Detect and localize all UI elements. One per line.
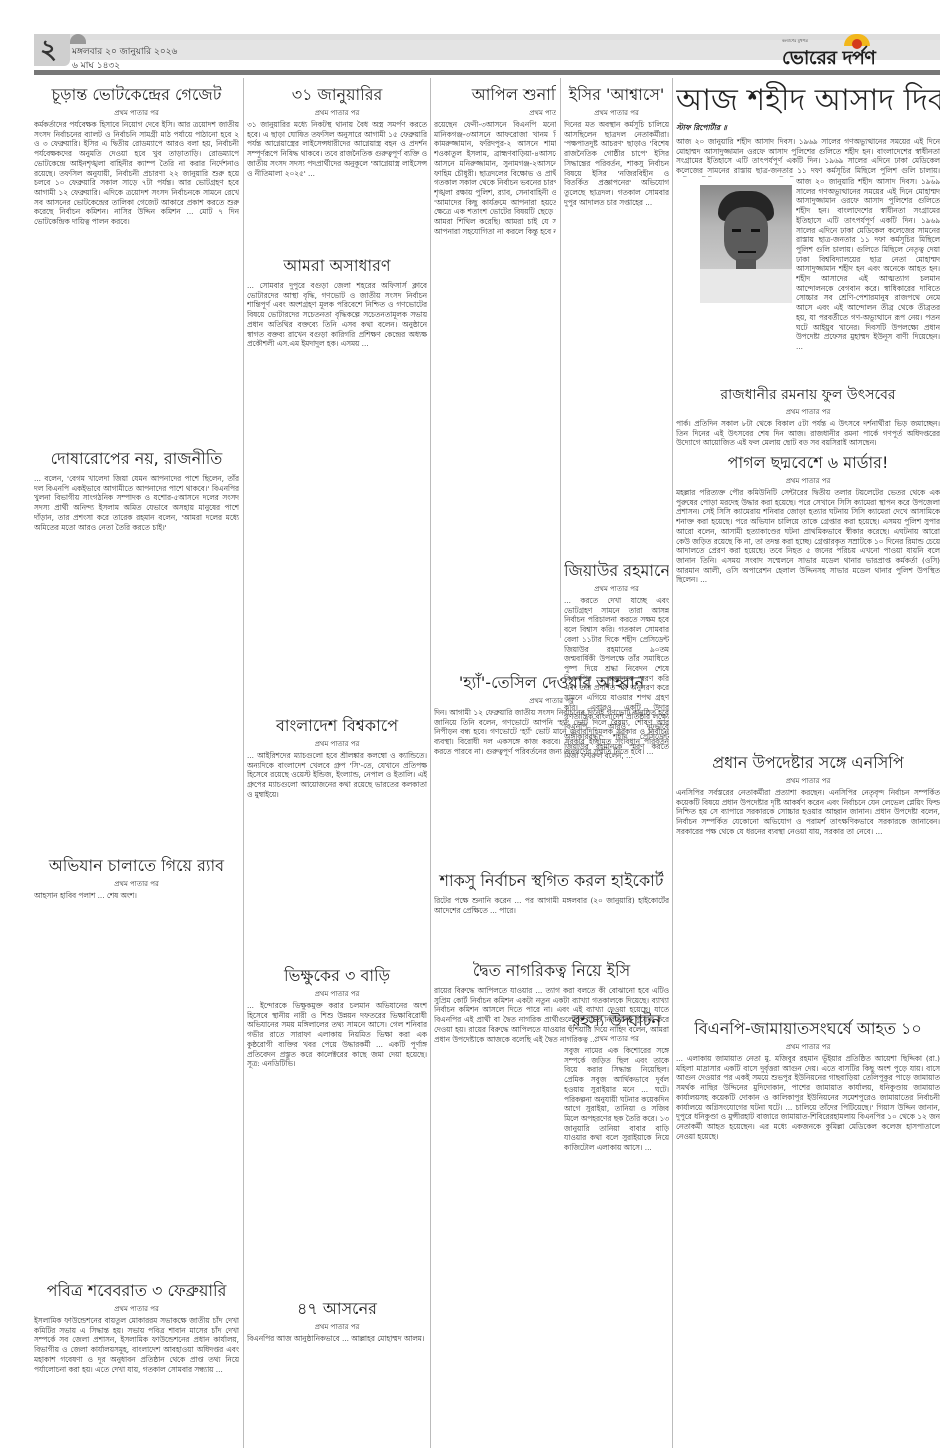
page-number: ২: [40, 34, 57, 66]
photo-eye: [732, 229, 741, 232]
continued-label: প্রথম পাতার পর: [434, 107, 556, 119]
continued-label: প্রথম পাতার পর: [247, 1321, 427, 1333]
portrait-photo: [700, 185, 792, 303]
headline[interactable]: প্রধান উপদেষ্টার সঙ্গে এনসিপি: [676, 752, 940, 774]
article-murder[interactable]: পাগল ছদ্মবেশে ৬ মার্ডার! প্রথম পাতার পর …: [676, 452, 940, 750]
continued-label: প্রথম পাতার পর: [564, 583, 669, 595]
headline[interactable]: চূড়ান্ত ভোটকেন্দ্রের গেজেট: [34, 84, 239, 106]
newspaper-logo: কল্যাণের মুখপত্র ভোরের দর্পণ: [760, 34, 940, 60]
article-body: দিনের মত অবস্থান কর্মসূচি চালিয়ে আসছিলে…: [564, 120, 669, 207]
article-flower-fest[interactable]: রাজধানীর রমনায় ফুল উৎসবের প্রথম পাতার প…: [676, 385, 940, 445]
continued-label: প্রথম পাতার পর: [676, 406, 940, 418]
article-body: এনসিপির সর্বস্তরের নেতাকর্মীরা প্রত্যাশা…: [676, 788, 940, 837]
article-worldcup[interactable]: বাংলাদেশ বিশ্বকাপে প্রথম পাতার পর ... আই…: [247, 715, 427, 955]
article-blame[interactable]: দোষারোপের নয়, রাজনীতি ... বলেন, 'বেগম খ…: [34, 448, 239, 848]
article-body: সবুজ নামের এক কিশোরের সঙ্গে সম্পর্কে জড়…: [564, 1046, 669, 1153]
continued-label: প্রথম পাতার পর: [34, 1303, 239, 1315]
headline[interactable]: পবিত্র শবেবরাত ৩ ফেব্রুয়ারি: [34, 1280, 239, 1302]
byline: স্টাফ রিপোর্টার ॥: [676, 123, 940, 135]
article-appeal[interactable]: আপিল শুনানি শেষ হলো প্রথম পাতার পর রয়েছ…: [434, 84, 556, 669]
article-body: ... ইন্দোরকে ভিক্ষুকমুক্ত করার চলমান অভি…: [247, 1001, 427, 1069]
article-body: পার্ক। প্রতিদিন সকাল ৮টা থেকে বিকাল ৫টা …: [676, 419, 940, 445]
column-divider: [672, 78, 673, 1448]
article-ncp[interactable]: প্রধান উপদেষ্টার সঙ্গে এনসিপি প্রথম পাতা…: [676, 752, 940, 992]
article-body: ... করতে দেখা যাচ্ছে এবং ভোটগ্রহণ সামনে …: [564, 596, 669, 761]
continued-label: প্রথম পাতার পর: [247, 107, 427, 119]
headline[interactable]: ৩১ জানুয়ারির: [247, 84, 427, 106]
article-47-seats[interactable]: ৪৭ আসনের প্রথম পাতার পর বিএনপির আজ আনুষ্…: [247, 1298, 427, 1448]
headline[interactable]: আজ শহীদ আসাদ দিবস: [676, 80, 940, 122]
article-shabebarat[interactable]: পবিত্র শবেবরাত ৩ ফেব্রুয়ারি প্রথম পাতার…: [34, 1280, 239, 1450]
column-divider: [243, 78, 244, 1448]
article-secret[interactable]: রহস্য উদ্ঘাটন প্রথম পাতার পর সবুজ নামের …: [564, 1010, 669, 1448]
article-gazette[interactable]: চূড়ান্ত ভোটকেন্দ্রের গেজেট প্রথম পাতার …: [34, 84, 239, 414]
masthead-notch: [70, 34, 86, 44]
article-zia[interactable]: জিয়াউর রহমানের প্রথম পাতার পর ... করতে …: [564, 560, 669, 1000]
continued-label: প্রথম পাতার পর: [247, 738, 427, 750]
continued-label: প্রথম পাতার পর: [247, 988, 427, 1000]
headline[interactable]: দোষারোপের নয়, রাজনীতি: [34, 448, 239, 470]
article-body: মহল্লার পরিত্যক্ত পৌর কমিউনিটি সেন্টারের…: [676, 488, 940, 585]
headline[interactable]: জিয়াউর রহমানের: [564, 560, 669, 582]
continued-label: প্রথম পাতার পর: [676, 475, 940, 487]
article-body: আজ ২০ জানুয়ারি শহীদ আসাদ দিবস। ১৯৬৯ সাল…: [676, 137, 940, 177]
article-body: কর্মকর্তাদের পর্যবেক্ষক হিসাবে নিয়োগ দে…: [34, 120, 239, 227]
article-body: ... বলেন, 'বেগম খালেদা জিয়া যেমন আপনাদে…: [34, 474, 239, 532]
continued-label: প্রথম পাতার পর: [676, 1041, 940, 1053]
continued-label: প্রথম পাতার পর: [564, 1033, 669, 1045]
article-rab[interactable]: অভিযান চালাতে গিয়ে র‍্যাব প্রথম পাতার প…: [34, 855, 239, 1275]
article-body: বিএনপির আজ আনুষ্ঠানিকভাবে ... আল্লাহর মো…: [247, 1334, 427, 1344]
article-body: ... সোমবার দুপুরে বগুড়া জেলা শহরের অফিস…: [247, 281, 427, 349]
date-gregorian: মঙ্গলবার ২০ জানুয়ারি ২০২৬: [72, 44, 177, 59]
photo-eye: [751, 229, 760, 232]
headline[interactable]: ৪৭ আসনের: [247, 1298, 427, 1320]
column-divider: [560, 78, 561, 638]
article-ec-assurance[interactable]: ইসির 'আশ্বাসে' প্রথম পাতার পর দিনের মত অ…: [564, 84, 669, 564]
article-extraordinary[interactable]: আমরা অসাধারণ ... সোমবার দুপুরে বগুড়া জে…: [247, 255, 427, 675]
continued-label: প্রথম পাতার পর: [676, 775, 940, 787]
article-body: ৩১ জানুয়ারির মধ্যে নিকটস্থ থানায় বৈধ অ…: [247, 120, 427, 178]
headline[interactable]: আপিল শুনানি শেষ হলো: [434, 84, 556, 106]
headline[interactable]: বিএনপি-জামায়াতসংঘর্ষে আহত ১০: [676, 1018, 940, 1040]
headline[interactable]: আমরা অসাধারণ: [247, 255, 427, 277]
article-body: ... আইরিশদের ম্যাচগুলো হবে শ্রীলঙ্কার কল…: [247, 751, 427, 800]
photo-face: [724, 207, 768, 263]
article-beggar[interactable]: ভিক্ষুকের ৩ বাড়ি প্রথম পাতার পর ... ইন্…: [247, 965, 427, 1275]
headline[interactable]: অভিযান চালাতে গিয়ে র‍্যাব: [34, 855, 239, 877]
headline[interactable]: ভিক্ষুকের ৩ বাড়ি: [247, 965, 427, 987]
continued-label: প্রথম পাতার পর: [34, 878, 239, 890]
headline[interactable]: বাংলাদেশ বিশ্বকাপে: [247, 715, 427, 737]
article-body: ইসলামিক ফাউন্ডেশনের বায়তুল মোকাররম সভাক…: [34, 1316, 239, 1374]
article-body-continued: আজ ২০ জানুয়ারি শহীদ আসাদ দিবস। ১৯৬৯ সাল…: [796, 177, 940, 367]
headline[interactable]: পাগল ছদ্মবেশে ৬ মার্ডার!: [676, 452, 940, 474]
headline[interactable]: ইসির 'আশ্বাসে': [564, 84, 669, 106]
article-body: রয়েছেন ফেনী-৩আসনে বিএনপি মনোনীত প্রার্থ…: [434, 120, 556, 236]
headline[interactable]: রাজধানীর রমনায় ফুল উৎসবের: [676, 385, 940, 405]
article-clash[interactable]: বিএনপি-জামায়াতসংঘর্ষে আহত ১০ প্রথম পাতা…: [676, 1018, 940, 1418]
photo-mustache: [738, 251, 756, 253]
continued-label: প্রথম পাতার পর: [34, 107, 239, 119]
article-body: আহসান হাবিব পলাশ ... শেষ অংশ।: [34, 891, 239, 901]
column-divider: [430, 78, 431, 1448]
photo-shirt: [700, 269, 792, 303]
headline[interactable]: রহস্য উদ্ঘাটন: [564, 1010, 669, 1032]
masthead-rule: [34, 70, 940, 75]
continued-label: প্রথম পাতার পর: [564, 107, 669, 119]
article-body: ... এলাকায় জামায়াত নেতা মু. মজিবুর রহম…: [676, 1054, 940, 1141]
